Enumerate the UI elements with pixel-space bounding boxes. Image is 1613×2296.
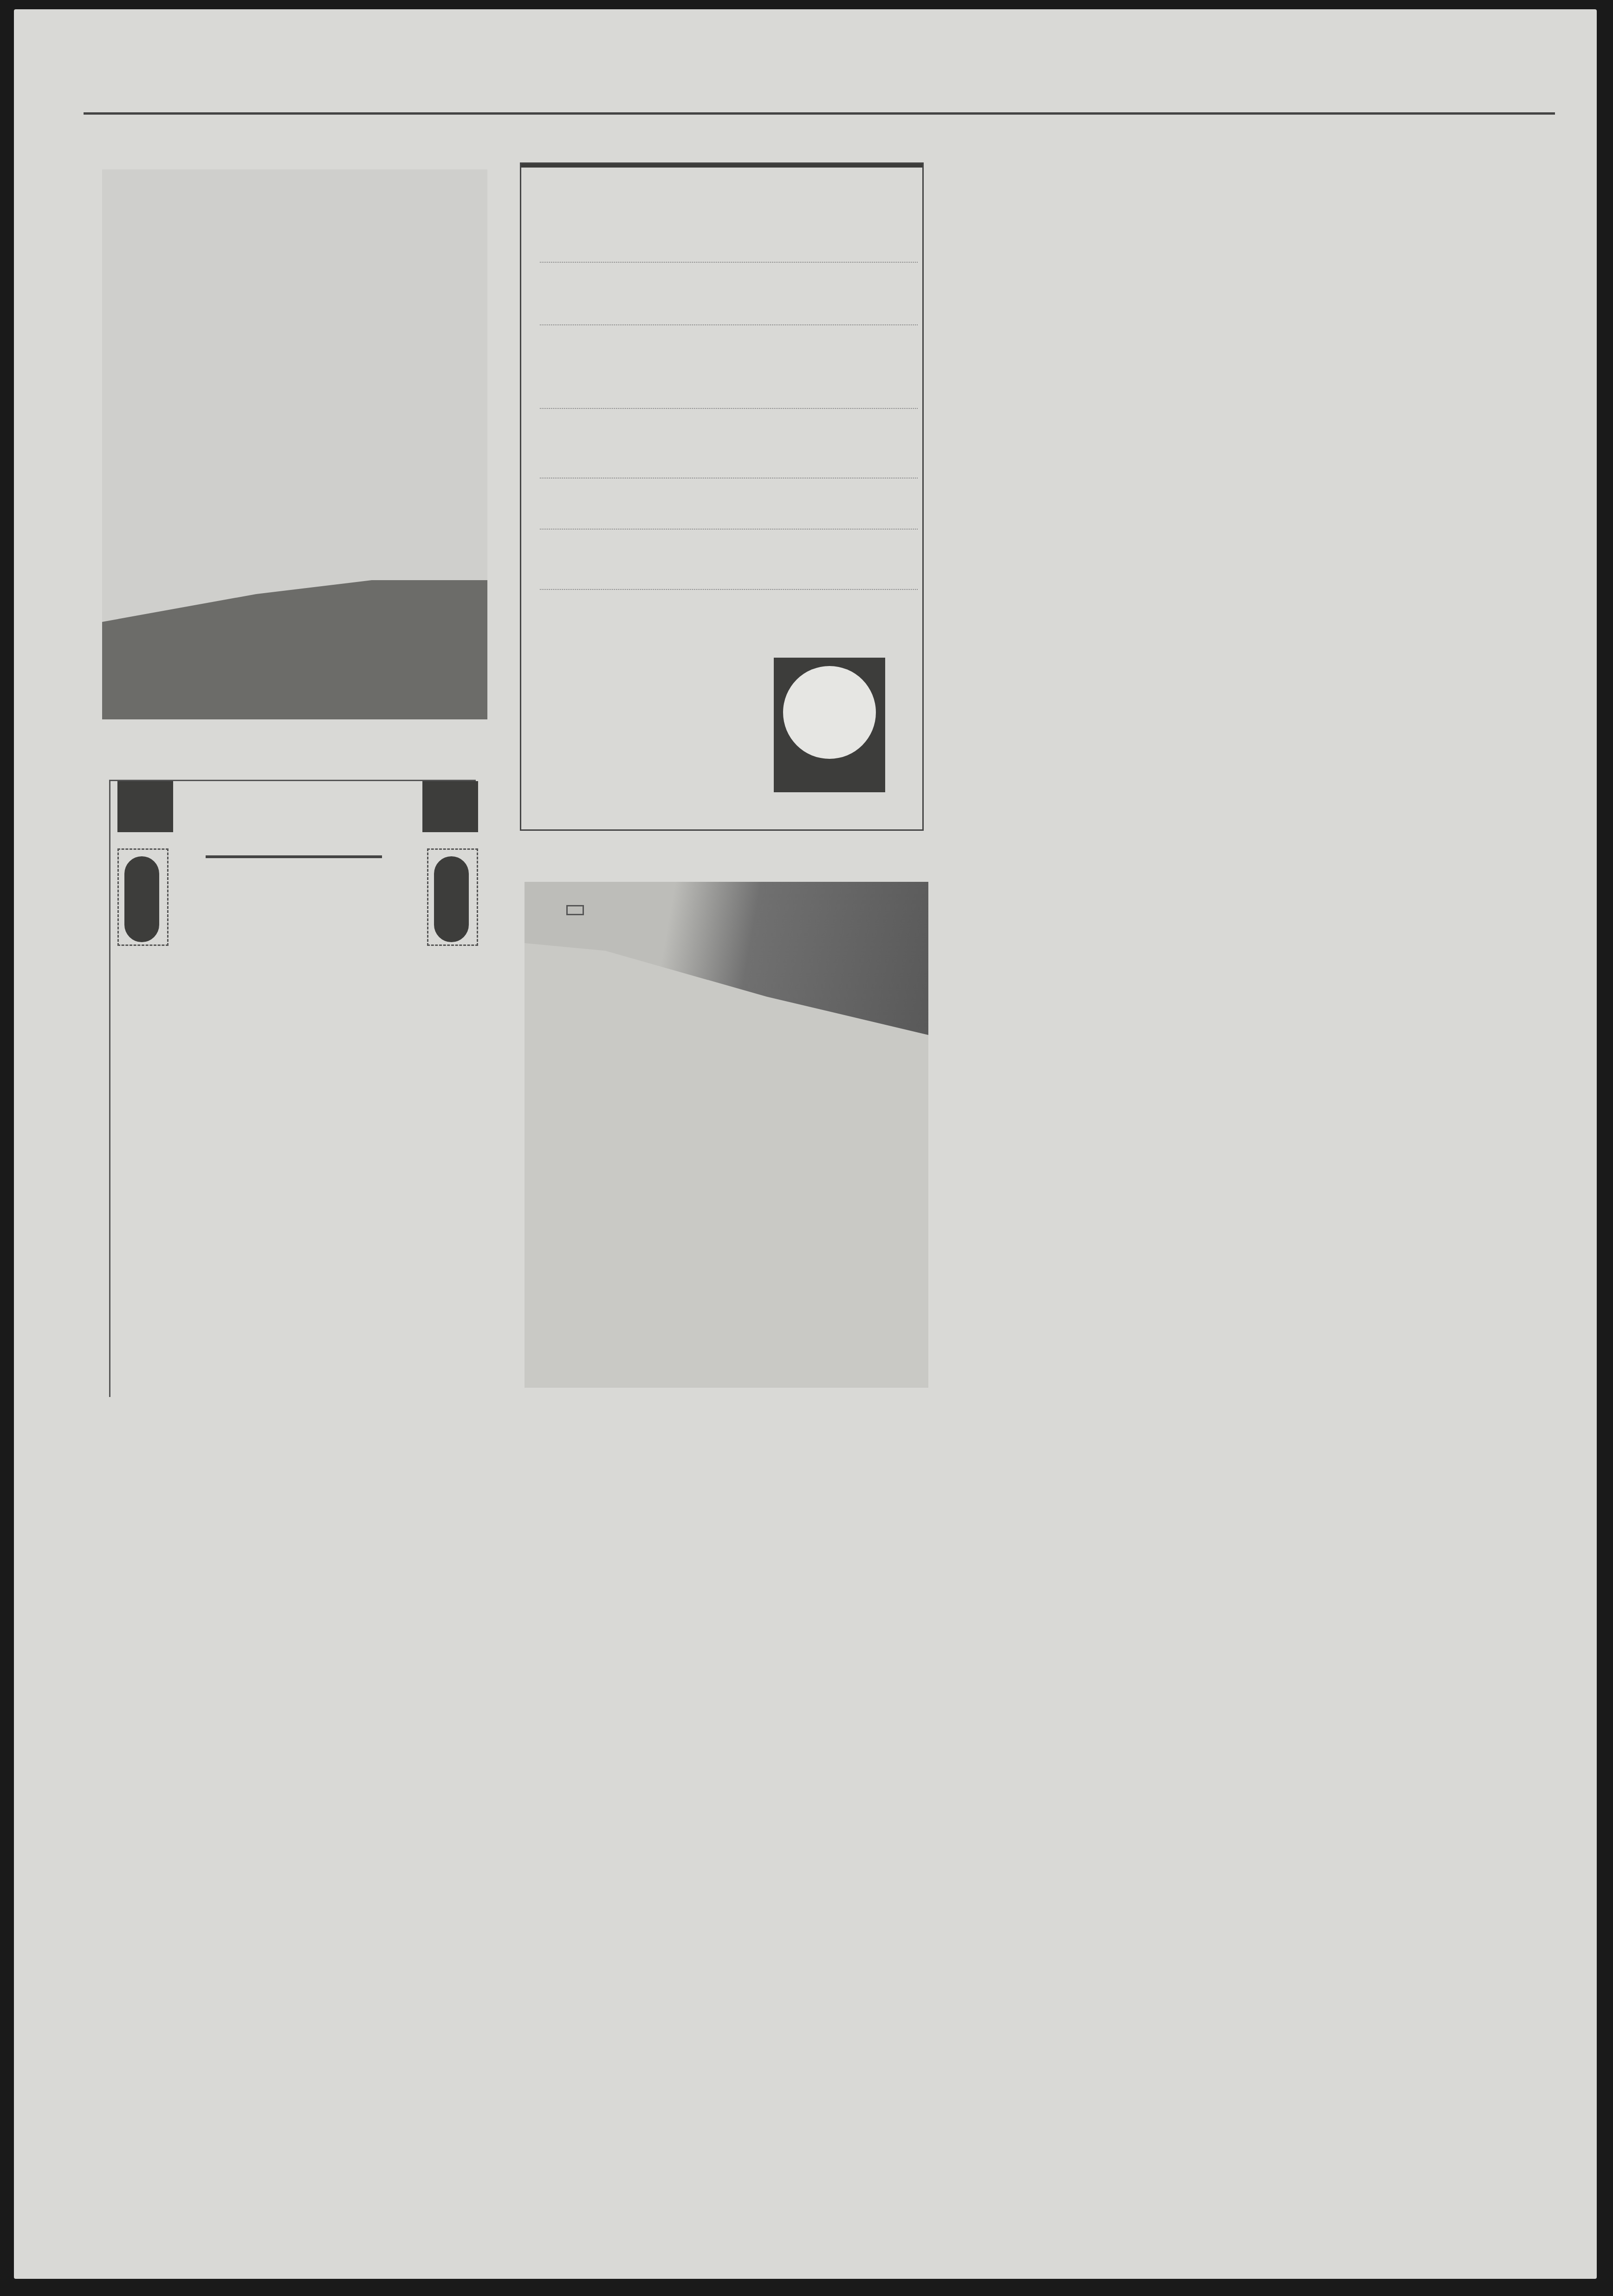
left-foot-icon xyxy=(117,848,168,946)
article-column-1 xyxy=(938,397,1239,415)
decor-block xyxy=(117,781,173,832)
right-foot-icon xyxy=(427,848,478,946)
vibrion-veer-ad xyxy=(109,780,476,1397)
room-photo xyxy=(525,882,928,1035)
header-divider xyxy=(84,112,1555,115)
product-item xyxy=(540,479,918,530)
decor-block xyxy=(422,781,478,832)
article-column-2 xyxy=(1253,397,1555,415)
healing-rooms-logo xyxy=(566,905,584,915)
newspaper-page xyxy=(14,9,1597,2279)
product-item xyxy=(540,325,918,409)
movie-max-ad xyxy=(102,169,487,719)
film-strip-graphic xyxy=(102,580,487,719)
healing-room-ad xyxy=(525,882,928,1388)
product-item xyxy=(540,168,918,263)
product-item xyxy=(540,409,918,479)
keurslager-logo xyxy=(774,658,885,792)
crown-k-icon xyxy=(783,666,876,759)
butcher-ad-dikke-boom xyxy=(520,162,924,831)
boxed-headline xyxy=(206,855,382,858)
product-item xyxy=(540,530,918,590)
butcher-header xyxy=(521,164,922,168)
product-item xyxy=(540,263,918,325)
